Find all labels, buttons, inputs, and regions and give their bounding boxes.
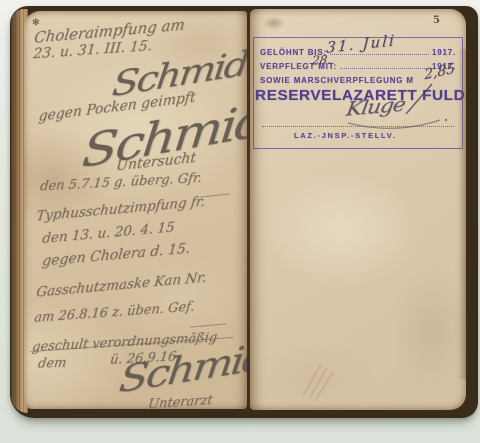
scanned-book-photo: ✻ Choleraimpfung am 23. u. 31. III. 15. … [0,0,480,443]
paper-stain [458,49,466,379]
handwriting-line-date-entry: den 5.7.15 g. überg. Gfr. [39,171,203,195]
handwriting-line-typhus-vaccination: Typhusschutzimpfung fr. [35,194,206,225]
handwriting-word: dem [37,355,67,371]
left-page: ✻ Choleraimpfung am 23. u. 31. III. 15. … [24,11,247,409]
handwriting-line-date-entry: am 26.8.16 z. üben. Gef. [33,299,195,325]
handwriting-line-gasmask: Gasschutzmaske Kan Nr. [35,269,207,300]
right-page: 5 GELÖHNT BIS: 1917. VERPFLEGT MIT: 1917… [250,9,466,410]
ink-mark: ✻ [32,18,40,28]
book-cover: ✻ Choleraimpfung am 23. u. 31. III. 15. … [10,6,478,418]
lazarett-stamp: GELÖHNT BIS: 1917. VERPFLEGT MIT: 1917. … [253,37,463,149]
page-number: 5 [433,15,440,26]
pencil-scribble [295,354,350,404]
pen-flourish [190,323,226,327]
signature-flourish [254,38,462,148]
